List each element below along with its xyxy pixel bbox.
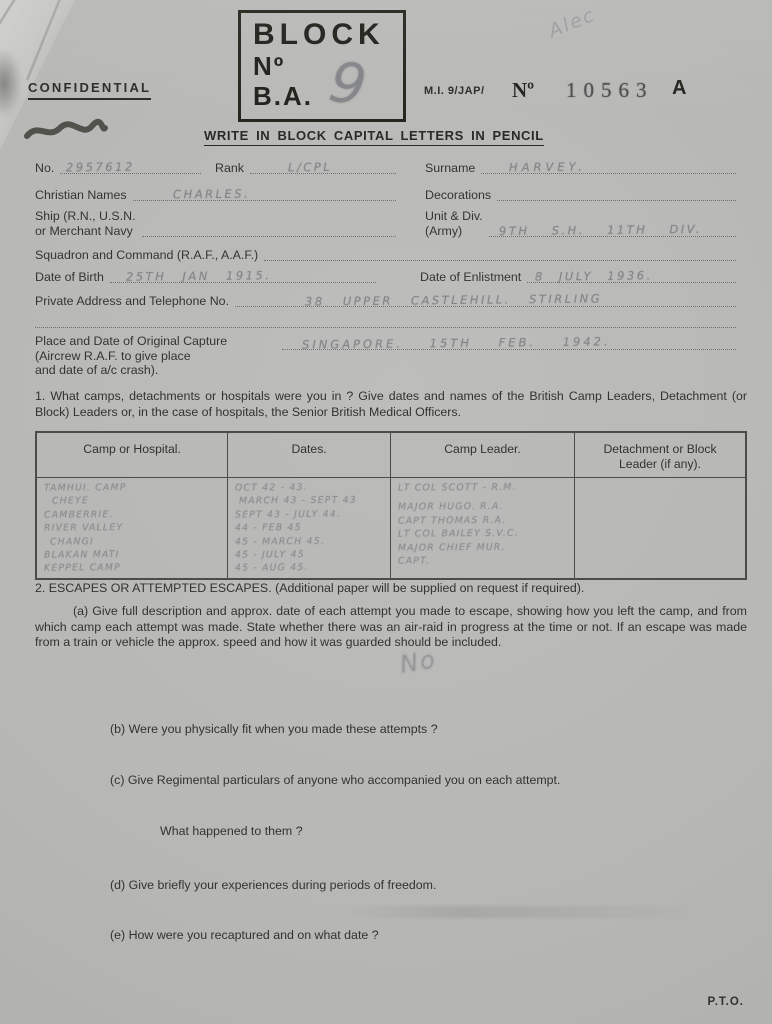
col-header-detachment: Detachment or Block Leader (if any). (575, 433, 745, 477)
camp-entry: CHANGI (44, 534, 222, 549)
question-1-text: 1. What camps, detachments or hospitals … (35, 389, 747, 420)
decorations-line (497, 185, 736, 201)
serial-number-stamp: 10563 (566, 78, 654, 103)
dates-entry: 45 - MARCH 45. (235, 534, 385, 548)
ink-bleed-smudge (340, 906, 700, 918)
question-2e-text: (e) How were you recaptured and on what … (110, 928, 379, 942)
ship-line (142, 221, 396, 237)
question-2d-text: (d) Give briefly your experiences during… (110, 878, 436, 892)
unit-line: 9TH S.H. 11TH DIV. (489, 221, 736, 237)
capture-value: SINGAPORE. 15TH FEB. 1942. (302, 334, 611, 351)
col-header-camp: Camp or Hospital. (37, 433, 228, 477)
squadron-line (264, 245, 736, 261)
service-number-line: 2957612 (60, 158, 201, 174)
dates-entry: 45 - AUG 45. (235, 561, 385, 575)
date-of-enlistment-line: 8 JULY 1936. (527, 267, 736, 283)
camps-table-header: Camp or Hospital. Dates. Camp Leader. De… (37, 433, 745, 478)
camp-entry: KEPPEL CAMP (44, 561, 222, 576)
document-page: Alec CONFIDENTIAL BLOCK Nº B.A. 9 M.I. 9… (0, 0, 772, 1024)
surname-line: HARVEY. (481, 158, 736, 174)
stamp-line-ba: B.A. (253, 81, 393, 111)
question-2c-followup-text: What happened to them ? (160, 824, 303, 838)
surname-label: Surname (425, 161, 475, 175)
surname-value: HARVEY. (509, 160, 586, 175)
squadron-label: Squadron and Command (R.A.F., A.A.F.) (35, 248, 258, 262)
dates-entry: SEPT 43 - JULY 44. (235, 507, 385, 521)
ship-label-line2: or Merchant Navy (35, 224, 136, 239)
detachment-column-entries (575, 478, 745, 578)
dates-column-entries: OCT 42 - 43. MARCH 43 - SEPT 43 SEPT 43 … (228, 478, 391, 578)
ship-label-line1: Ship (R.N., U.S.N. (35, 209, 136, 224)
address-continuation-line (35, 312, 736, 328)
date-of-enlistment-label: Date of Enlistment (420, 270, 521, 284)
question-2a-text: (a) Give full description and approx. da… (35, 604, 747, 651)
private-address-line: 38 UPPER CASTLEHILL. STIRLING (235, 291, 736, 307)
form-instruction-heading: WRITE IN BLOCK CAPITAL LETTERS IN PENCIL (204, 128, 544, 146)
leader-column-entries: LT COL SCOTT - R.M. MAJOR HUGO. R.A. CAP… (391, 478, 575, 578)
service-number-label: No. (35, 161, 54, 175)
date-of-enlistment-value: 8 JULY 1936. (535, 268, 653, 283)
date-of-birth-label: Date of Birth (35, 270, 104, 284)
col-header-dates: Dates. (228, 433, 391, 477)
confidential-marking: CONFIDENTIAL (28, 80, 151, 100)
leader-entry: CAPT. (398, 553, 569, 568)
rank-label: Rank (215, 161, 244, 175)
unit-label-line2: (Army) (425, 224, 483, 239)
question-2a-answer: No (398, 645, 439, 679)
camp-entry: RIVER VALLEY (44, 521, 222, 536)
capture-label-line1: Place and Date of Original Capture (35, 334, 275, 349)
leader-entry: MAJOR HUGO. R.A. (398, 494, 569, 515)
camp-column-entries: TAMHUI. CAMP CHEYE CAMBERRIE. RIVER VALL… (37, 478, 228, 578)
question-2-heading: 2. ESCAPES OR ATTEMPTED ESCAPES. (Additi… (35, 581, 584, 595)
christian-names-line: CHARLES. (133, 185, 396, 201)
crease-line (26, 0, 61, 80)
page-turn-over-label: P.T.O. (708, 996, 744, 1008)
camps-table: Camp or Hospital. Dates. Camp Leader. De… (35, 431, 747, 580)
form-series-label: M.I. 9/JAP/ (424, 85, 485, 97)
pencil-scribble-text: Alec (546, 4, 599, 43)
block-number-stamp: BLOCK Nº B.A. (238, 10, 406, 122)
camp-entry: CHEYE (44, 494, 222, 509)
leader-entry: MAJOR CHIEF MUR. (398, 540, 569, 555)
private-address-label: Private Address and Telephone No. (35, 294, 229, 308)
service-number-value: 2957612 (66, 160, 135, 175)
unit-value: 9TH S.H. 11TH DIV. (499, 222, 702, 238)
pencil-scribble-mark (24, 116, 108, 146)
capture-label-line3: and date of a/c crash). (35, 363, 275, 378)
leader-entry: LT COL BAILEY S.V.C. (398, 527, 569, 542)
private-address-value: 38 UPPER CASTLEHILL. STIRLING (305, 291, 602, 308)
rank-value: L/CPL (288, 160, 332, 174)
col-header-leader: Camp Leader. (391, 433, 575, 477)
question-2b-text: (b) Were you physically fit when you mad… (110, 722, 438, 736)
capture-label-line2: (Aircrew R.A.F. to give place (35, 349, 275, 364)
question-2c-text: (c) Give Regimental particulars of anyon… (110, 773, 560, 787)
rank-line: L/CPL (250, 158, 396, 174)
capture-line: SINGAPORE. 15TH FEB. 1942. (282, 334, 736, 350)
christian-names-value: CHARLES. (173, 187, 250, 202)
block-letter: A (672, 77, 686, 100)
stamp-line-block: BLOCK (253, 19, 393, 51)
date-of-birth-value: 25TH JAN 1915. (126, 268, 272, 284)
unit-label-line1: Unit & Div. (425, 209, 483, 224)
stamp-line-no: Nº (253, 51, 393, 81)
dates-entry: 44 - FEB 45 (235, 521, 385, 535)
edge-shadow (0, 48, 22, 118)
camps-table-body: TAMHUI. CAMP CHEYE CAMBERRIE. RIVER VALL… (37, 478, 745, 578)
dates-entry: MARCH 43 - SEPT 43 (235, 494, 385, 508)
date-of-birth-line: 25TH JAN 1915. (110, 267, 376, 283)
decorations-label: Decorations (425, 188, 491, 202)
christian-names-label: Christian Names (35, 188, 127, 202)
number-symbol: Nº (512, 78, 534, 103)
